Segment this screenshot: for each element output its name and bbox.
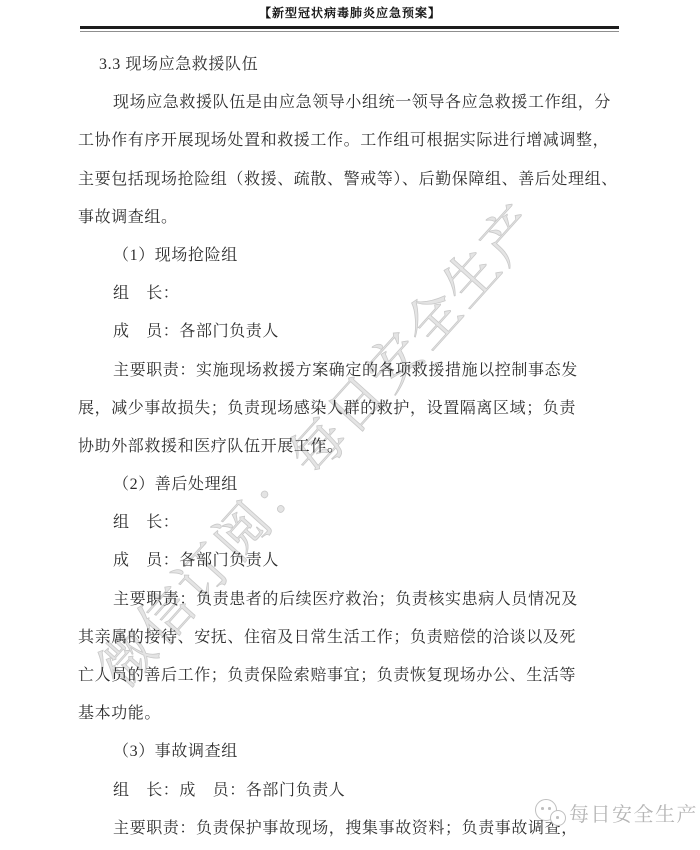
- text-line: 组 长：: [78, 504, 626, 542]
- footer-logo: 每日安全生产: [533, 797, 698, 833]
- text-line: 主要包括现场抢险组（救援、疏散、警戒等）、后勤保障组、善后处理组、: [78, 161, 626, 199]
- logo-circle-small: [550, 810, 566, 826]
- text-line: 工协作有序开展现场处置和救援工作。工作组可根据实际进行增减调整，: [78, 122, 626, 160]
- document-lines: 现场应急救援队伍是由应急领导小组统一领导各应急救援工作组，分工协作有序开展现场处…: [78, 84, 626, 848]
- text-line: 主要职责：负责患者的后续医疗救治；负责核实患病人员情况及: [78, 581, 626, 619]
- logo-dot: [548, 807, 551, 810]
- text-line: 其亲属的接待、安抚、住宿及日常生活工作；负责赔偿的洽谈以及死: [78, 619, 626, 657]
- document-body: 3.3 现场应急救援队伍 现场应急救援队伍是由应急领导小组统一领导各应急救援工作…: [78, 46, 626, 848]
- text-line: 现场应急救援队伍是由应急领导小组统一领导各应急救援工作组，分: [78, 84, 626, 122]
- logo-dot: [556, 816, 559, 819]
- text-line: （1）现场抢险组: [78, 237, 626, 275]
- document-page: 【新型冠状病毒肺炎应急预案】 微信订阅：每日安全生产 3.3 现场应急救援队伍 …: [0, 0, 700, 850]
- page-header-title: 【新型冠状病毒肺炎应急预案】: [259, 6, 441, 20]
- text-line: （3）事故调查组: [78, 733, 626, 771]
- text-line: 协助外部救援和医疗队伍开展工作。: [78, 428, 626, 466]
- page-header: 【新型冠状病毒肺炎应急预案】: [0, 4, 700, 21]
- text-line: 亡人员的善后工作；负责保险索赔事宜；负责恢复现场办公、生活等: [78, 657, 626, 695]
- logo-dot: [541, 807, 544, 810]
- text-line: 主要职责：实施现场救援方案确定的各项救援措施以控制事态发: [78, 352, 626, 390]
- text-line: 事故调查组。: [78, 199, 626, 237]
- text-line: 成 员：各部门负责人: [78, 542, 626, 580]
- text-line: 展，减少事故损失；负责现场感染人群的救护，设置隔离区域；负责: [78, 390, 626, 428]
- text-line: （2）善后处理组: [78, 466, 626, 504]
- header-divider-rule: [80, 26, 619, 32]
- account-logo-icon: [533, 797, 569, 833]
- footer-logo-text: 每日安全生产: [569, 797, 698, 833]
- text-line: 基本功能。: [78, 695, 626, 733]
- section-heading: 3.3 现场应急救援队伍: [78, 46, 626, 84]
- text-line: 组 长：: [78, 275, 626, 313]
- text-line: 成 员：各部门负责人: [78, 313, 626, 351]
